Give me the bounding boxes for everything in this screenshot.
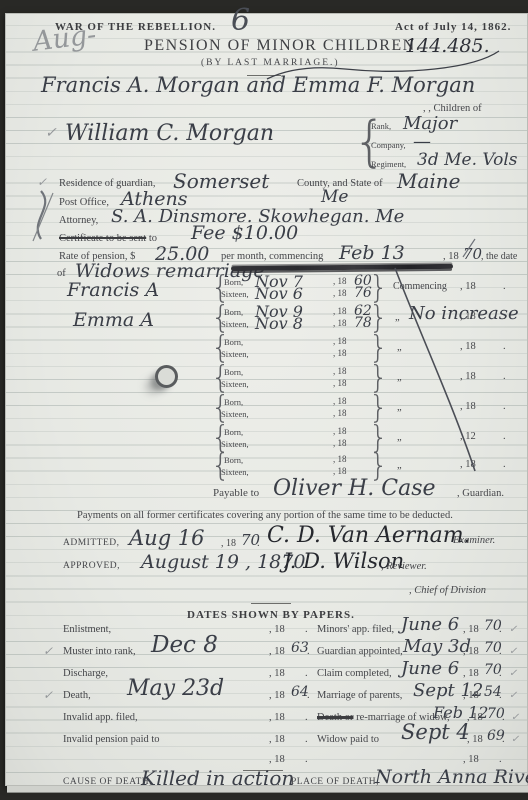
year-prefix: , 18 (269, 690, 285, 701)
scanned-form-page: WAR OF THE REBELLION. Act of July 14, 18… (5, 13, 528, 786)
row-dot: . (502, 734, 505, 745)
born-label: Born, (224, 397, 243, 407)
right-year-prefix: , 18 (460, 281, 476, 292)
row-dot: . (499, 624, 502, 635)
sixteen-date: Nov 6 (255, 284, 303, 303)
right-year-prefix: , 18 (460, 401, 476, 412)
pencil-tick-icon: ✓ (509, 646, 517, 657)
right-year-prefix: , 18 (460, 341, 476, 352)
pencil-tick-icon: ✓ (509, 624, 517, 635)
year-prefix: , 18 (269, 754, 285, 765)
row-dot: . (502, 712, 505, 723)
chief-of-division-label: , Chief of Division (409, 585, 486, 596)
sixteen-year-prefix: , 18 (333, 288, 347, 298)
year-prefix: , 18 (463, 624, 479, 635)
handwritten-certificate-number: 144.485. (405, 35, 490, 57)
examiner-signature: C. D. Van Aernam. (267, 523, 471, 548)
born-year-prefix: , 18 (333, 336, 347, 346)
approved-date: August 19 , 1870 (141, 551, 305, 573)
year-prefix: , 18 (467, 734, 483, 745)
born-label: Born, (224, 427, 243, 437)
post-office-state-value: Me (321, 187, 348, 207)
row-dot: . (499, 690, 502, 701)
child-row: { Born, , 18 Sixteen, , 18 } „ , 18 . (5, 334, 528, 361)
date-row-label: Enlistment, (63, 624, 111, 635)
ditto-icon: „ (397, 432, 402, 443)
footer-dot: . (277, 777, 280, 788)
row-dot: . (307, 646, 310, 657)
date-row-label: Minors' app. filed, (317, 624, 394, 635)
child-row: Emma A { Born, Nov 9 , 18 62 Sixteen, No… (5, 304, 528, 331)
child-name: Emma A (73, 309, 154, 331)
company-label: Company, (371, 140, 406, 150)
ditto-icon: „ (397, 342, 402, 353)
row-brace-close: } (369, 274, 388, 301)
examiner-label: Examiner. (453, 535, 495, 546)
approved-label: APPROVED, (63, 561, 120, 571)
row-dot: . (503, 459, 506, 470)
payable-to-value: Oliver H. Case (273, 476, 436, 501)
deduction-note: Payments on all former certificates cove… (77, 510, 453, 521)
sixteen-year-prefix: , 18 (333, 348, 347, 358)
pencil-tick-icon: ✓ (509, 668, 517, 679)
row-brace-close: } (369, 304, 388, 331)
date-row-label: Discharge, (63, 668, 108, 679)
year-prefix: , 18 (463, 690, 479, 701)
date-value: June 6 (401, 614, 459, 635)
row-dot: . (499, 646, 502, 657)
sixteen-date: Nov 8 (255, 314, 303, 333)
row-brace-close: } (369, 334, 388, 361)
row-dot: . (305, 712, 308, 723)
reviewer-label: , Reviewer. (381, 561, 427, 572)
rate-year-value: 70 (463, 245, 482, 263)
year-prefix: , 18 (463, 754, 479, 765)
masthead-right: Act of July 14, 1862. (395, 21, 511, 33)
child-row: { Born, , 18 Sixteen, , 18 } „ , 18 . (5, 394, 528, 421)
born-year-prefix: , 18 (333, 454, 347, 464)
year-prefix: , 18 (269, 712, 285, 723)
row-dot: . (503, 281, 506, 292)
payable-label: Payable to (213, 487, 259, 499)
row-dot: . (503, 341, 506, 352)
pencil-month-note: Aug- (31, 19, 98, 57)
rate-year-prefix: , 18 (443, 251, 459, 262)
ditto-icon: „ (397, 460, 402, 471)
date-row-label: Guardian appointed, (317, 646, 403, 657)
born-label: Born, (224, 307, 243, 317)
soldier-name: William C. Morgan (65, 121, 274, 146)
row-dot: . (305, 624, 308, 635)
year-prefix: , 18 (269, 668, 285, 679)
margin-slash (33, 193, 53, 241)
date-row-label: Invalid app. filed, (63, 712, 138, 723)
sixteen-label: Sixteen, (221, 379, 249, 389)
born-label: Born, (224, 337, 243, 347)
right-year-prefix: , 18 (460, 311, 476, 322)
place-of-death-value: North Anna River (375, 766, 528, 788)
born-label: Born, (224, 455, 243, 465)
child-row: Francis A { Born, Nov 7 , 18 60 Sixteen,… (5, 274, 528, 301)
pencil-tick-icon: ✓ (509, 690, 517, 701)
born-label: Born, (224, 277, 243, 287)
year-prefix: , 18 (269, 646, 285, 657)
born-year-prefix: , 18 (333, 426, 347, 436)
row-brace-close: } (369, 394, 388, 421)
sixteen-year-prefix: , 18 (333, 408, 347, 418)
check-icon: ✓ (45, 125, 57, 141)
admitted-date: Aug 16 (129, 526, 205, 550)
sixteen-label: Sixteen, (221, 349, 249, 359)
sixteen-year-prefix: , 18 (333, 318, 347, 328)
date-value: Sept 4 (401, 720, 470, 744)
sixteen-year-prefix: , 18 (333, 378, 347, 388)
children-names: Francis A. Morgan and Emma F. Morgan (41, 73, 475, 97)
year-prefix: , 18 (463, 646, 479, 657)
cause-of-death-value: Killed in action (141, 766, 294, 790)
date-value: Dec 8 (151, 632, 218, 658)
ditto-icon: „ (397, 402, 402, 413)
admitted-label: ADMITTED, (63, 538, 119, 548)
right-year-prefix: , 12 (460, 431, 476, 442)
grommet-hole (155, 365, 178, 388)
row-dot: . (307, 690, 310, 701)
form-subtitle: (BY LAST MARRIAGE.) (201, 58, 340, 68)
date-value: June 6 (401, 658, 459, 679)
pencil-tick-icon: ✓ (511, 734, 519, 745)
born-year-prefix: , 18 (333, 366, 347, 376)
born-label: Born, (224, 367, 243, 377)
row-dot: . (499, 754, 502, 765)
child-name: Francis A (67, 279, 159, 301)
section-divider (251, 603, 291, 604)
row-dot: . (503, 371, 506, 382)
row-dot: . (503, 431, 506, 442)
cause-of-death-label: CAUSE OF DEATH, (63, 777, 152, 787)
date-row-label: Death, (63, 690, 91, 701)
regiment-value: 3d Me. Vols (417, 150, 518, 170)
born-year-prefix: , 18 (333, 306, 347, 316)
date-row-label: Marriage of parents, (317, 690, 402, 701)
date-row-label: Muster into rank, (63, 646, 136, 657)
row-dot: . (503, 311, 506, 322)
date-row-label: Widow paid to (317, 734, 379, 745)
row-brace-close: } (369, 364, 388, 391)
date-value: May 3d (403, 636, 471, 657)
row-dot: . (305, 668, 308, 679)
born-year-prefix: , 18 (333, 276, 347, 286)
year-prefix: , 18 (269, 624, 285, 635)
year-prefix: , 18 (463, 668, 479, 679)
margin-flourish (38, 191, 46, 239)
child-row: { Born, , 18 Sixteen, , 18 } „ , 12 . (5, 424, 528, 451)
attorney-label: Attorney, (59, 215, 98, 226)
ditto-icon: „ (397, 372, 402, 383)
sixteen-label: Sixteen, (221, 289, 249, 299)
state-value: Maine (397, 169, 461, 193)
admitted-dot: . (257, 538, 260, 549)
row-dot: . (305, 734, 308, 745)
sixteen-year-prefix: , 18 (333, 466, 347, 476)
pencil-tick-icon: ✓ (511, 712, 519, 723)
row-dot: . (305, 754, 308, 765)
fee-value: Fee $10.00 (191, 222, 298, 244)
date-row-label: Invalid pension paid to (63, 734, 160, 745)
check-icon: ✓ (43, 688, 53, 702)
regiment-label: Regiment, (371, 159, 406, 169)
date-row-label: Claim completed, (317, 668, 392, 679)
row-dot: . (499, 668, 502, 679)
struck-label-part: Death or (317, 712, 353, 723)
scribbled-out-text (231, 264, 453, 271)
guardian-suffix: , Guardian. (457, 488, 504, 499)
date-value: May 23d (127, 676, 224, 701)
sixteen-label: Sixteen, (221, 467, 249, 477)
certificate-sent-label-struck: Certificate to be sent (59, 233, 146, 244)
sixteen-year-prefix: , 18 (333, 438, 347, 448)
sixteen-label: Sixteen, (221, 409, 249, 419)
sixteen-label: Sixteen, (221, 319, 249, 329)
place-of-death-label: PLACE OF DEATH, (291, 777, 379, 787)
commencing-header: Commencing (393, 281, 447, 292)
right-year-prefix: , 18 (460, 371, 476, 382)
born-year-prefix: , 18 (333, 396, 347, 406)
post-office-label: Post Office, (59, 197, 109, 208)
handwritten-page-number: 6 (231, 3, 250, 38)
check-icon: ✓ (37, 175, 47, 189)
ditto-icon: „ (395, 312, 400, 323)
right-year-prefix: , 18 (460, 459, 476, 470)
check-icon: ✓ (43, 644, 53, 658)
form-title: PENSION OF MINOR CHILDREN. (144, 37, 421, 55)
company-value: — (413, 131, 431, 152)
the-date-label: , the date (481, 251, 517, 262)
child-row: { Born, , 18 Sixteen, , 18 } „ , 18 . (5, 364, 528, 391)
admitted-year-prefix: , 18 (221, 538, 236, 549)
year-prefix: , 18 (269, 734, 285, 745)
child-row: { Born, , 18 Sixteen, , 18 } „ , 18 . (5, 452, 528, 479)
commencing-date-value: Feb 13 (339, 242, 405, 264)
rank-label: Rank, (371, 121, 391, 131)
row-dot: . (503, 401, 506, 412)
